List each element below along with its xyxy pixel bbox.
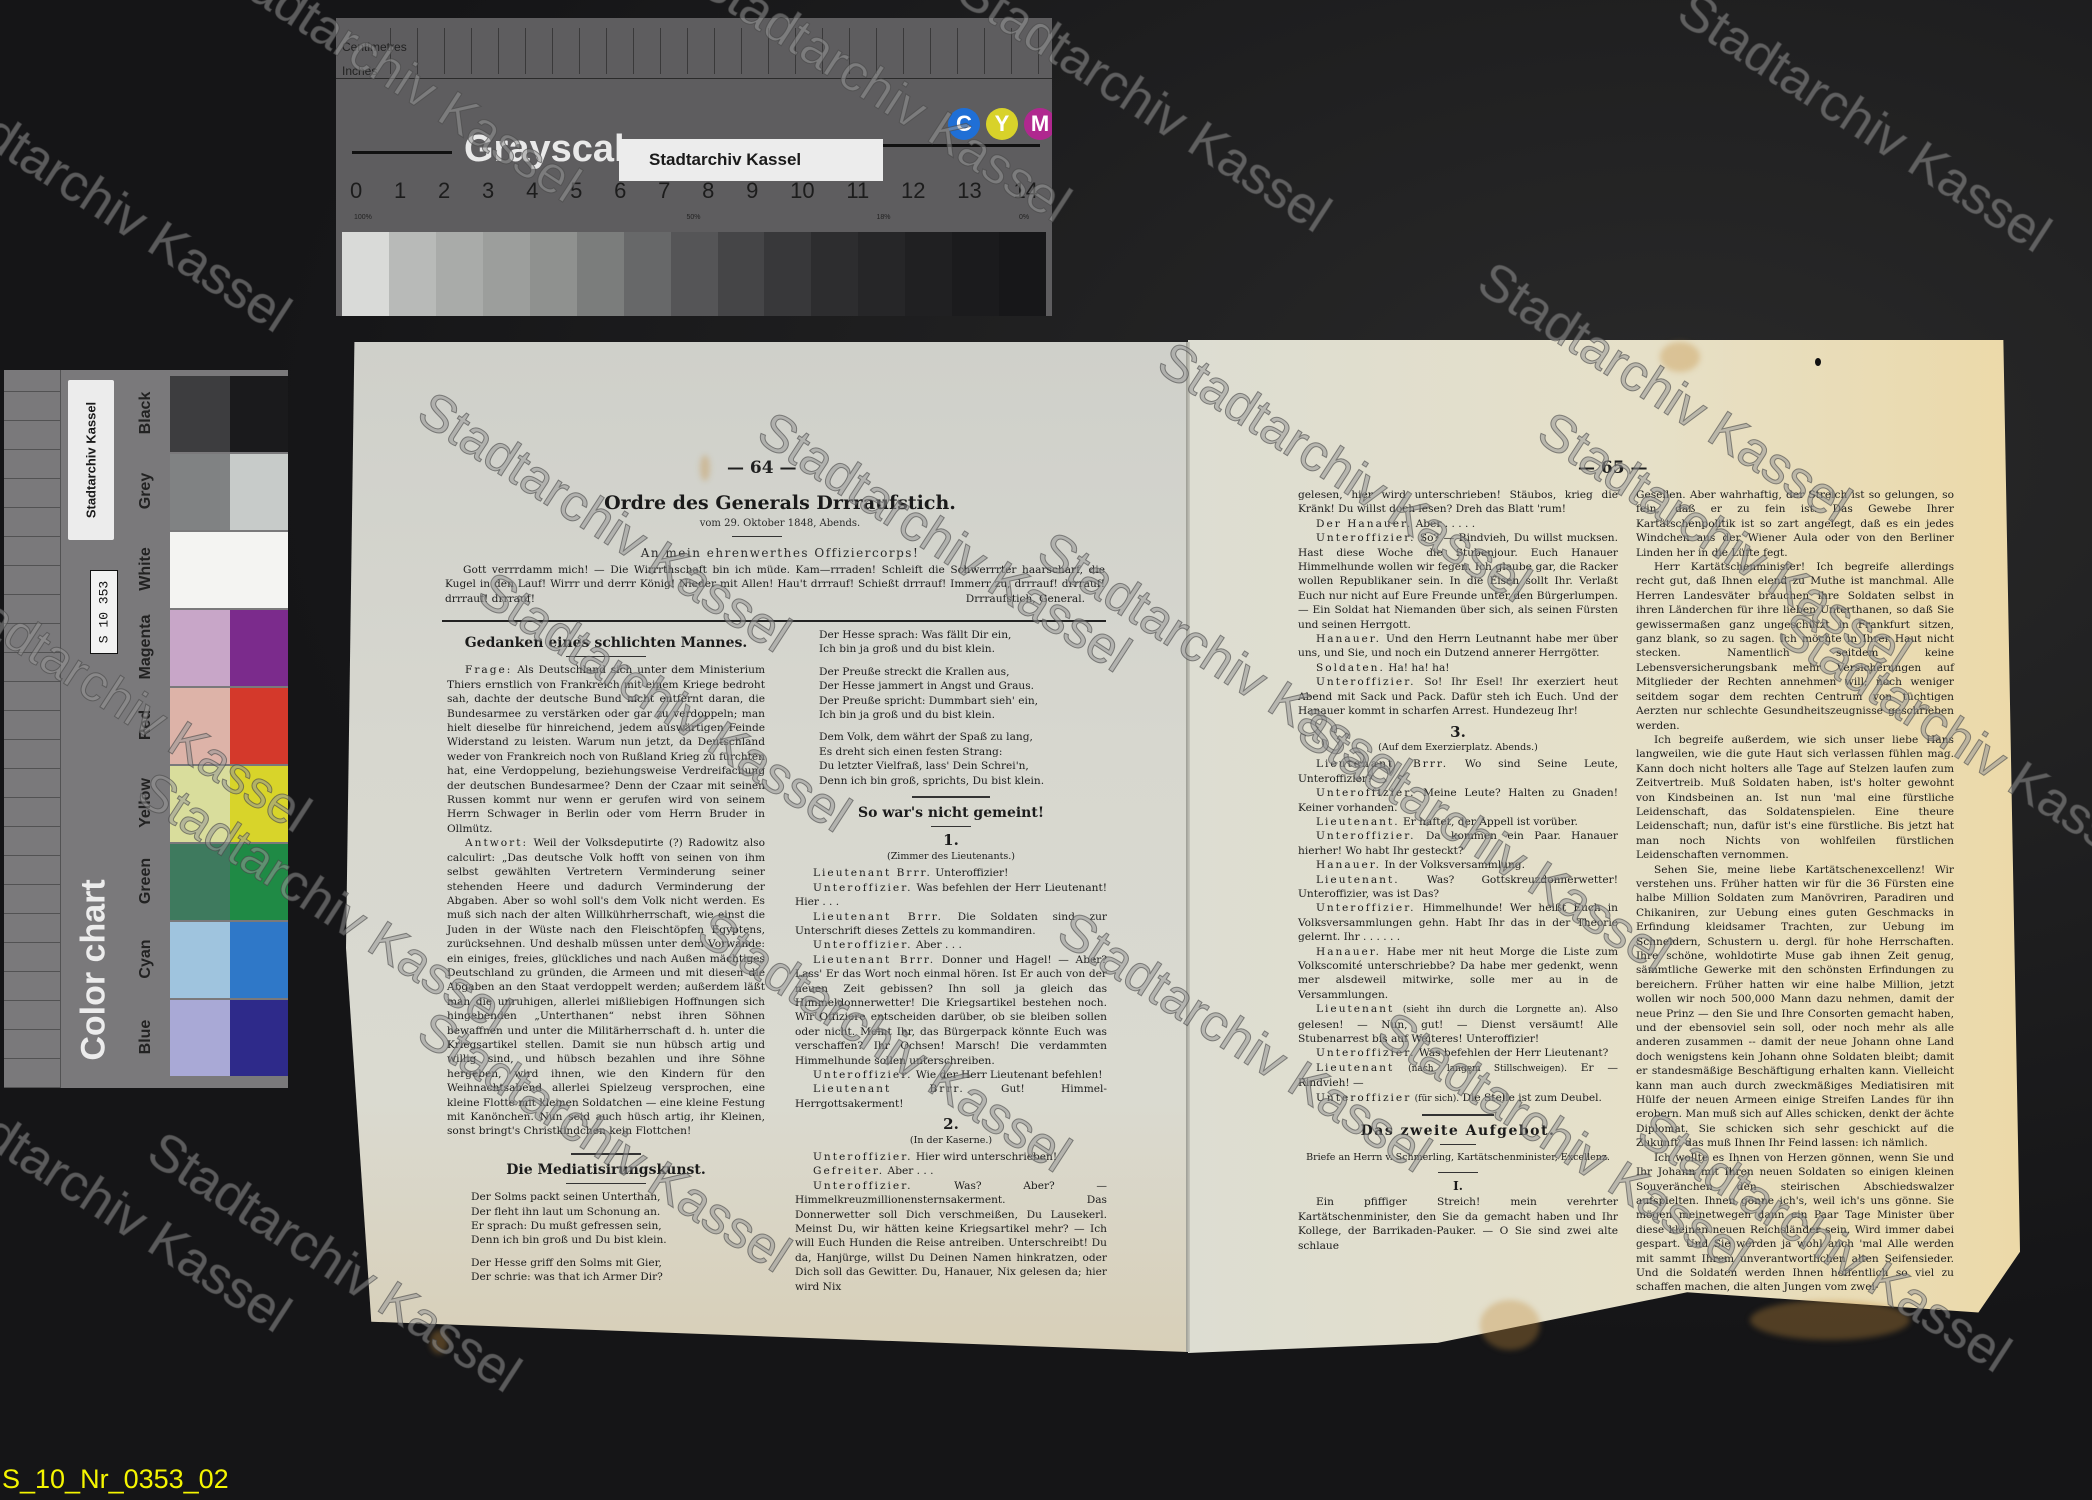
- m-badge: M: [1024, 108, 1052, 140]
- speaker: Hanauer.: [1316, 859, 1381, 871]
- step-number: 7: [658, 178, 670, 218]
- id-tag-text: S 10 353: [97, 581, 112, 643]
- dialogue-line: Hanauer. Und den Herrn Leutnannt habe me…: [1298, 632, 1618, 661]
- archive-label: Stadtarchiv Kassel: [619, 139, 883, 181]
- frage-label: Frage:: [465, 664, 512, 676]
- swatch-blue-light: [170, 1000, 230, 1076]
- divider: [442, 620, 1106, 622]
- step-percent: 50%: [687, 214, 701, 221]
- color-name-text: Cyan: [137, 939, 155, 978]
- speaker: Lieutenant Brrr.: [1316, 758, 1448, 770]
- speech: In der Volksversammlung.: [1384, 859, 1525, 871]
- color-name-grey: Grey: [122, 452, 170, 530]
- step-percent: 0%: [1019, 214, 1029, 221]
- stage-direction: (sieht ihn durch die Lorgnette an).: [1403, 1005, 1587, 1015]
- speech: So? — Rindvieh, Du willst mucksen. Hast …: [1298, 532, 1618, 630]
- gray-step: [811, 232, 858, 316]
- speaker: Unteroffizier.: [813, 939, 912, 951]
- stanza: Der Hesse griff den Solms mit Gier,Der s…: [471, 1256, 765, 1285]
- color-names: BlackGreyWhiteMagentaRedYellowGreenCyanB…: [122, 370, 170, 1088]
- divider: [566, 656, 646, 657]
- gray-step: [436, 232, 483, 316]
- color-name-text: Green: [137, 858, 155, 904]
- swatch-black-light: [170, 376, 230, 452]
- speaker: Unteroffizier.: [1316, 532, 1415, 544]
- verse-line: Der Hesse griff den Solms mit Gier,: [471, 1256, 765, 1270]
- color-chart-title: Color chart: [74, 880, 114, 1060]
- dialogue-line: Unteroffizier. Hier wird unterschrieben!: [795, 1150, 1107, 1164]
- color-name-magenta: Magenta: [122, 608, 170, 686]
- heading-mediatisirung: Die Mediatisirungskunst.: [447, 1163, 765, 1177]
- order-salutation: An mein ehrenwerthes Offiziercorps!: [450, 546, 1110, 560]
- step-number: 13: [957, 178, 981, 218]
- speaker: Soldaten.: [1316, 662, 1385, 674]
- stain: [1480, 1300, 1540, 1350]
- color-chart: Stadtarchiv Kassel S 10 353 Color chart …: [4, 370, 288, 1088]
- poem-verses: Der Solms packt seinen Unterthan,Der fle…: [447, 1190, 765, 1284]
- speaker: Lieutenant Brrr.: [813, 867, 932, 879]
- speech: Wie der Herr Lieutenant befehlen!: [916, 1069, 1103, 1081]
- swatch-grey-light: [170, 454, 230, 530]
- dialogue-line: Lieutenant. Was? Gottskreuzdonnerwetter!…: [1298, 873, 1618, 902]
- gray-step: [624, 232, 671, 316]
- dialogue-line: Lieutenant Brrr. Wo sind Seine Leute, Un…: [1298, 757, 1618, 786]
- swatch-white-dark: [230, 532, 288, 608]
- dialogue-line: Unteroffizier. So? — Rindvieh, Du willst…: [1298, 531, 1618, 632]
- dialogue-line: Lieutenant (sieht ihn durch die Lorgnett…: [1298, 1002, 1618, 1046]
- file-identifier: S_10_Nr_0353_02: [2, 1464, 229, 1495]
- ruler-cm-label: Centimetres: [342, 40, 407, 54]
- heading-so-wars: So war's nicht gemeint!: [795, 806, 1107, 820]
- dialogue-line: Unteroffizier. Wie der Herr Lieutenant b…: [795, 1068, 1107, 1082]
- stage-direction: (Auf dem Exerzierplatz. Abends.): [1298, 741, 1618, 755]
- speech: Unteroffizier!: [935, 867, 1008, 879]
- verse-line: Denn ich bin groß, sprichts, Du bist kle…: [819, 774, 1107, 788]
- stanza: Dem Volk, dem währt der Spaß zu lang,Es …: [819, 730, 1107, 788]
- stanza: Der Solms packt seinen Unterthan,Der fle…: [471, 1190, 765, 1248]
- verse-line: Dem Volk, dem währt der Spaß zu lang,: [819, 730, 1107, 744]
- paragraph: Gesellen. Aber wahrhaftig, der Streich i…: [1636, 488, 1954, 560]
- grayscale-target: Centimetres Inches Grayscale CYM Stadtar…: [336, 18, 1052, 316]
- step-number: 10: [790, 178, 814, 218]
- stage-direction: (Zimmer des Lieutenants.): [795, 850, 1107, 864]
- divider: [566, 1183, 646, 1184]
- antwort-label: Antwort:: [465, 837, 528, 849]
- speaker: Unteroffizier.: [813, 1069, 912, 1081]
- dialogue-line: Unteroffizier. Himmelhunde! Wer heißt Eu…: [1298, 901, 1618, 944]
- verse-line: Der Hesse sprach: Was fällt Dir ein,: [819, 628, 1107, 642]
- gray-step: [999, 232, 1046, 316]
- verse-line: Du letzter Vielfraß, lass' Dein Schrei'n…: [819, 759, 1107, 773]
- step-number: 14: [1014, 178, 1038, 218]
- stain: [700, 455, 710, 481]
- gray-step: [389, 232, 436, 316]
- verse-line: Der Hesse jammert in Angst und Graus.: [819, 679, 1107, 693]
- speaker: Unteroffizier: [1316, 1092, 1411, 1104]
- dialogue-line: Lieutenant Brrr. Die Soldaten sind zur U…: [795, 910, 1107, 939]
- archive-label-text: Stadtarchiv Kassel: [84, 402, 99, 518]
- ink-dot: [1815, 358, 1821, 366]
- poem-verses: Der Hesse sprach: Was fällt Dir ein,Ich …: [795, 628, 1107, 788]
- verse-line: Der Preuße streckt die Krallen aus,: [819, 665, 1107, 679]
- dialogue-line: Unteroffizier. Was befehlen der Herr Lie…: [1298, 1046, 1618, 1060]
- page64-col2: Der Hesse sprach: Was fällt Dir ein,Ich …: [795, 628, 1107, 1294]
- step-number: 6: [614, 178, 626, 218]
- gray-step: [577, 232, 624, 316]
- divider: [352, 151, 452, 154]
- swatch-yellow-light: [170, 766, 230, 842]
- step-number: 3: [482, 178, 494, 218]
- speech: Hier wird unterschrieben!: [916, 1151, 1057, 1163]
- speech: Ha! ha! ha!: [1388, 662, 1449, 674]
- dialogue: Lieutenant Brrr. Wo sind Seine Leute, Un…: [1298, 757, 1618, 1106]
- gray-steps: [342, 232, 1046, 316]
- gray-step: [718, 232, 765, 316]
- color-name-text: Black: [137, 392, 155, 435]
- step-number: 8: [702, 178, 714, 218]
- swatch-cyan-dark: [230, 922, 288, 998]
- order-signature: Drrraufstich, General.: [445, 592, 1105, 606]
- gray-step: [952, 232, 999, 316]
- antwort-text: Weil der Volksdeputirte (?) Radowitz als…: [447, 837, 765, 1137]
- swatch-red-dark: [230, 688, 288, 764]
- verse-line: Es dreht sich einen festen Strang:: [819, 745, 1107, 759]
- color-name-black: Black: [122, 374, 170, 452]
- speech: Was befehlen der Herr Lieutenant?: [1419, 1047, 1608, 1059]
- paragraph: Ich wollte es Ihnen von Herzen gönnen, w…: [1636, 1151, 1954, 1295]
- verse-line: Ich bin ja groß und du bist klein.: [819, 642, 1107, 656]
- step-number: 9: [746, 178, 758, 218]
- step-percent: 100%: [354, 214, 372, 221]
- swatch-magenta-light: [170, 610, 230, 686]
- order-body: Gott verrrdamm mich! — Die Wirrrthschaft…: [445, 563, 1105, 607]
- step-numbers: 01234567891011121314: [350, 178, 1038, 218]
- swatch-cyan-light: [170, 922, 230, 998]
- stage-direction: (nach langem Stillschweigen).: [1408, 1064, 1567, 1074]
- ruler: Centimetres Inches: [336, 18, 1052, 79]
- antwort-paragraph: Antwort: Weil der Volksdeputirte (?) Rad…: [447, 836, 765, 1139]
- divider: [571, 1153, 641, 1155]
- divider: [912, 796, 990, 798]
- speaker: Lieutenant Brrr.: [813, 911, 943, 923]
- divider: [1422, 1114, 1494, 1116]
- dialogue-line: Unteroffizier. Was? Aber? — Himmelkreuzm…: [795, 1179, 1107, 1294]
- divider: [1440, 1144, 1476, 1145]
- stanza: Der Preuße streckt die Krallen aus,Der H…: [819, 665, 1107, 723]
- y-badge: Y: [986, 108, 1018, 140]
- speaker: Unteroffizier.: [1316, 1047, 1415, 1059]
- speech: Donner und Hagel! — Aber? Lass' Er das W…: [795, 954, 1107, 1067]
- frage-paragraph: Frage: Als Deutschland sich unter dem Mi…: [447, 663, 765, 836]
- speaker: Hanauer.: [1316, 633, 1381, 645]
- paragraph: Ich begreife außerdem, wie sich unser li…: [1636, 733, 1954, 863]
- verse-line: Der schrie: was that ich Armer Dir?: [471, 1270, 765, 1284]
- color-name-text: White: [137, 547, 155, 591]
- verse-line: Denn ich bin groß und Du bist klein.: [471, 1233, 765, 1247]
- color-name-white: White: [122, 530, 170, 608]
- dialogue-line: Soldaten. Ha! ha! ha!: [1298, 661, 1618, 675]
- speaker: Unteroffizier.: [813, 1151, 912, 1163]
- dialogue-line: Der Hanauer. Aber . . . . .: [1298, 517, 1618, 531]
- c-badge: C: [948, 108, 980, 140]
- dialogue-line: Unteroffizier. So! Ihr Esel! Ihr exerzie…: [1298, 675, 1618, 718]
- page-number: — 65 —: [1578, 458, 1648, 478]
- dialogue-line: Unteroffizier (für sich). Die Stelle ist…: [1298, 1091, 1618, 1106]
- gray-step: [483, 232, 530, 316]
- dialogue-line: Hanauer. Habe mer nit heut Morge die Lis…: [1298, 945, 1618, 1003]
- scene-number: 2.: [795, 1117, 1107, 1131]
- speaker: Lieutenant.: [1316, 816, 1400, 828]
- ruler: [4, 370, 61, 1088]
- speaker: Unteroffizier.: [813, 882, 912, 894]
- step-number: 2: [438, 178, 450, 218]
- speaker: Lieutenant: [1316, 1062, 1394, 1074]
- speaker: Lieutenant: [1316, 1003, 1394, 1015]
- frage-text: Als Deutschland sich unter dem Ministeri…: [447, 664, 765, 834]
- gray-step: [858, 232, 905, 316]
- speech: Aber . . . . .: [1416, 518, 1475, 530]
- heading-gedanken: Gedanken eines schlichten Mannes.: [447, 636, 765, 650]
- swatch-black-dark: [230, 376, 288, 452]
- gray-step: [905, 232, 952, 316]
- stain: [430, 1330, 448, 1354]
- gray-step: [764, 232, 811, 316]
- verse-line: Der fleht ihn laut um Schonung an.: [471, 1205, 765, 1219]
- color-name-red: Red: [122, 686, 170, 764]
- speaker: Unteroffizier.: [813, 1180, 912, 1192]
- swatch-magenta-dark: [230, 610, 288, 686]
- ruler-ticks: [390, 28, 1042, 74]
- dialogue: Unteroffizier. Hier wird unterschrieben!…: [795, 1150, 1107, 1294]
- dialogue-line: Unteroffizier. Meine Leute? Halten zu Gn…: [1298, 786, 1618, 815]
- swatch-grey-dark: [230, 454, 288, 530]
- swatch-green-light: [170, 844, 230, 920]
- paragraph: Sehen Sie, meine liebe Kartätschenexcell…: [1636, 863, 1954, 1151]
- color-name-green: Green: [122, 842, 170, 920]
- divider: [1438, 1172, 1478, 1173]
- dialogue: Der Hanauer. Aber . . . . .Unteroffizier…: [1298, 517, 1618, 719]
- subheading: Briefe an Herrn v. Schmerling, Kartätsch…: [1298, 1151, 1618, 1165]
- verse-line: Er sprach: Du mußt gefressen sein,: [471, 1219, 765, 1233]
- id-tag: S 10 353: [90, 570, 118, 654]
- scene-number: 3.: [1298, 725, 1618, 739]
- swatch-yellow-dark: [230, 766, 288, 842]
- dialogue-line: Lieutenant (nach langem Stillschweigen).…: [1298, 1061, 1618, 1091]
- step-number: 0: [350, 178, 362, 218]
- step-number: 5: [570, 178, 582, 218]
- speaker: Unteroffizier.: [1316, 830, 1415, 842]
- color-name-text: Blue: [137, 1020, 155, 1055]
- step-number: 11: [846, 178, 869, 218]
- swatch-blue-dark: [230, 1000, 288, 1076]
- step-number: 1: [394, 178, 406, 218]
- ruler-inch-label: Inches: [342, 64, 377, 78]
- divider: [931, 826, 971, 827]
- swatch-red-light: [170, 688, 230, 764]
- paragraph: Herr Kartätschenminister! Ich begreife a…: [1636, 560, 1954, 733]
- color-chart-title-text: Color chart: [75, 879, 114, 1060]
- dialogue: Lieutenant Brrr. Unteroffizier!Unteroffi…: [795, 866, 1107, 1111]
- speech: Aber . . .: [916, 939, 962, 951]
- page-number: — 64 —: [727, 458, 797, 478]
- page64-col1: Gedanken eines schlichten Mannes. Frage:…: [447, 628, 765, 1293]
- speaker: Lieutenant Brrr.: [813, 1083, 965, 1095]
- color-name-cyan: Cyan: [122, 920, 170, 998]
- letter-start: Ein pfiffiger Streich! mein verehrter Ka…: [1298, 1195, 1618, 1253]
- step-number: 4: [526, 178, 538, 218]
- dialogue-line: Lieutenant Brrr. Donner und Hagel! — Abe…: [795, 953, 1107, 1068]
- speaker: Hanauer.: [1316, 946, 1381, 958]
- verse-line: Der Solms packt seinen Unterthan,: [471, 1190, 765, 1204]
- archive-label: Stadtarchiv Kassel: [68, 380, 114, 540]
- letter-number: I.: [1298, 1179, 1618, 1193]
- speaker: Lieutenant Brrr.: [813, 954, 935, 966]
- dialogue-line: Unteroffizier. Aber . . .: [795, 938, 1107, 952]
- verse-line: Der Preuße spricht: Dummbart sieh' ein,: [819, 694, 1107, 708]
- scene-number: 1.: [795, 833, 1107, 847]
- color-name-text: Yellow: [137, 778, 155, 828]
- page65-col2: Gesellen. Aber wahrhaftig, der Streich i…: [1636, 488, 1954, 1295]
- speaker: Der Hanauer.: [1316, 518, 1412, 530]
- dialogue-line: Unteroffizier. Was befehlen der Herr Lie…: [795, 881, 1107, 910]
- color-name-text: Red: [137, 710, 155, 740]
- gray-step: [671, 232, 718, 316]
- dialogue-line: Gefreiter. Aber . . .: [795, 1164, 1107, 1178]
- stage-direction: (In der Kaserne.): [795, 1134, 1107, 1148]
- speaker: Gefreiter.: [813, 1165, 884, 1177]
- color-name-blue: Blue: [122, 998, 170, 1076]
- dialogue-line: Unteroffizier. Da kommen ein Paar. Hanau…: [1298, 829, 1618, 858]
- swatch-white-light: [170, 532, 230, 608]
- color-name-yellow: Yellow: [122, 764, 170, 842]
- speaker: Unteroffizier.: [1316, 902, 1415, 914]
- dialogue-line: Hanauer. In der Volksversammlung.: [1298, 858, 1618, 872]
- stain: [1750, 1300, 1910, 1340]
- speech: Was? Aber? — Himmelkreuzmillionensternsa…: [795, 1180, 1107, 1293]
- dialogue-line: Lieutenant. Er haftet, der Appell ist vo…: [1298, 815, 1618, 829]
- verse-line: Ich bin ja groß und du bist klein.: [819, 708, 1107, 722]
- step-percent: 18%: [877, 214, 891, 221]
- speaker: Lieutenant.: [1316, 874, 1400, 886]
- step-number: 12: [901, 178, 925, 218]
- order-dateline: vom 29. Oktober 1848, Abends.: [450, 518, 1110, 529]
- stain: [1660, 342, 1700, 372]
- color-name-text: Magenta: [137, 615, 155, 680]
- order-title: Ordre des Generals Drrraufstich.: [450, 492, 1110, 514]
- letter-body: Gesellen. Aber wahrhaftig, der Streich i…: [1636, 488, 1954, 1295]
- page-fold: [1186, 342, 1190, 1352]
- color-name-text: Grey: [137, 473, 155, 509]
- gray-step: [530, 232, 577, 316]
- speaker: Unteroffizier.: [1316, 676, 1415, 688]
- dialogue-line: Lieutenant Brrr. Unteroffizier!: [795, 866, 1107, 880]
- stage-direction: (für sich).: [1415, 1094, 1460, 1104]
- divider: [732, 536, 782, 537]
- opening-paragraph: gelesen, hier wird unterschrieben! Stäub…: [1298, 488, 1618, 517]
- dialogue-line: Lieutenant Brrr. Gut! Himmel-Herrgottsak…: [795, 1082, 1107, 1111]
- stanza: Der Hesse sprach: Was fällt Dir ein,Ich …: [819, 628, 1107, 657]
- gray-step: [342, 232, 389, 316]
- speech: Aber . . .: [888, 1165, 934, 1177]
- speaker: Unteroffizier.: [1316, 787, 1415, 799]
- speech: Er haftet, der Appell ist vorüber.: [1403, 816, 1578, 828]
- swatch-green-dark: [230, 844, 288, 920]
- speech: Die Stelle ist zum Deubel.: [1463, 1092, 1602, 1104]
- heading-aufgebot: Das zweite Aufgebot.: [1298, 1124, 1618, 1138]
- page65-col1: gelesen, hier wird unterschrieben! Stäub…: [1298, 488, 1618, 1253]
